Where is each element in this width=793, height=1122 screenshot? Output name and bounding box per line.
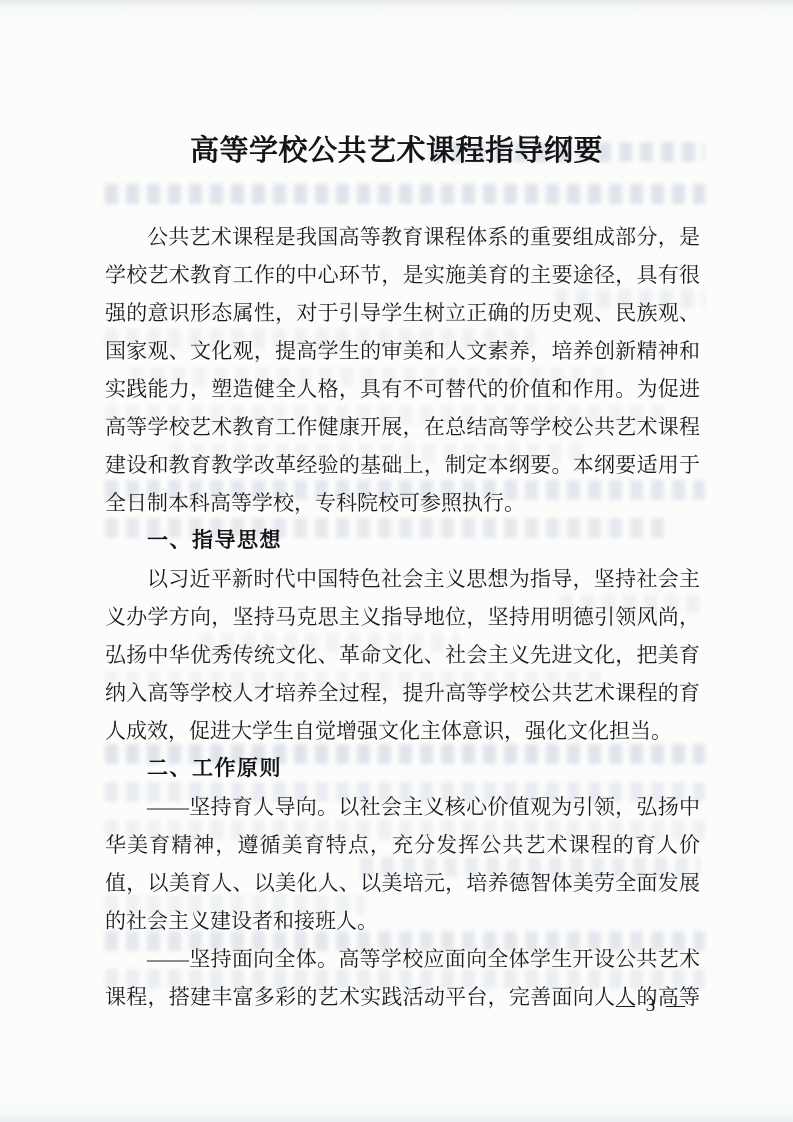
document-body: 公共艺术课程是我国高等教育课程体系的重要组成部分，是学校艺术教育工作的中心环节，…: [105, 218, 700, 1016]
scanned-document-page: 高等学校公共艺术课程指导纲要 公共艺术课程是我国高等教育课程体系的重要组成部分，…: [0, 0, 793, 1122]
text-line: 高等学校艺术教育工作健康开展，在总结高等学校公共艺术课程: [105, 408, 700, 446]
text-line: 国家观、文化观，提高学生的审美和人文素养，培养创新精神和: [105, 332, 700, 370]
text-line: 建设和教育教学改革经验的基础上，制定本纲要。本纲要适用于: [105, 446, 700, 484]
text-line: 值，以美育人、以美化人、以美培元，培养德智体美劳全面发展: [105, 864, 700, 902]
text-line: 强的意识形态属性，对于引导学生树立正确的历史观、民族观、: [105, 294, 700, 332]
scan-edge-bottom: [0, 1092, 793, 1122]
text-line: 纳入高等学校人才培养全过程，提升高等学校公共艺术课程的育: [105, 674, 700, 712]
section-heading: 一、指导思想: [105, 522, 700, 560]
page-number: — 3 —: [616, 995, 688, 1017]
text-line: 全日制本科高等学校，专科院校可参照执行。: [105, 484, 700, 522]
text-line: 实践能力，塑造健全人格，具有不可替代的价值和作用。为促进: [105, 370, 700, 408]
text-line: ——坚持面向全体。高等学校应面向全体学生开设公共艺术: [105, 940, 700, 978]
scan-edge-top: [0, 0, 793, 26]
text-line: 弘扬中华优秀传统文化、革命文化、社会主义先进文化，把美育: [105, 636, 700, 674]
text-line: 学校艺术教育工作的中心环节，是实施美育的主要途径，具有很: [105, 256, 700, 294]
bleedthrough-artifact: [105, 184, 705, 204]
text-line: 华美育精神，遵循美育特点，充分发挥公共艺术课程的育人价: [105, 826, 700, 864]
text-line: 以习近平新时代中国特色社会主义思想为指导，坚持社会主: [105, 560, 700, 598]
text-line: 人成效，促进大学生自觉增强文化主体意识，强化文化担当。: [105, 712, 700, 750]
document-title: 高等学校公共艺术课程指导纲要: [0, 128, 793, 169]
text-line: 的社会主义建设者和接班人。: [105, 902, 700, 940]
text-line: 公共艺术课程是我国高等教育课程体系的重要组成部分，是: [105, 218, 700, 256]
text-line: 义办学方向，坚持马克思主义指导地位，坚持用明德引领风尚，: [105, 598, 700, 636]
text-line: ——坚持育人导向。以社会主义核心价值观为引领，弘扬中: [105, 788, 700, 826]
section-heading: 二、工作原则: [105, 750, 700, 788]
text-line: 课程，搭建丰富多彩的艺术实践活动平台，完善面向人人的高等: [105, 978, 700, 1016]
